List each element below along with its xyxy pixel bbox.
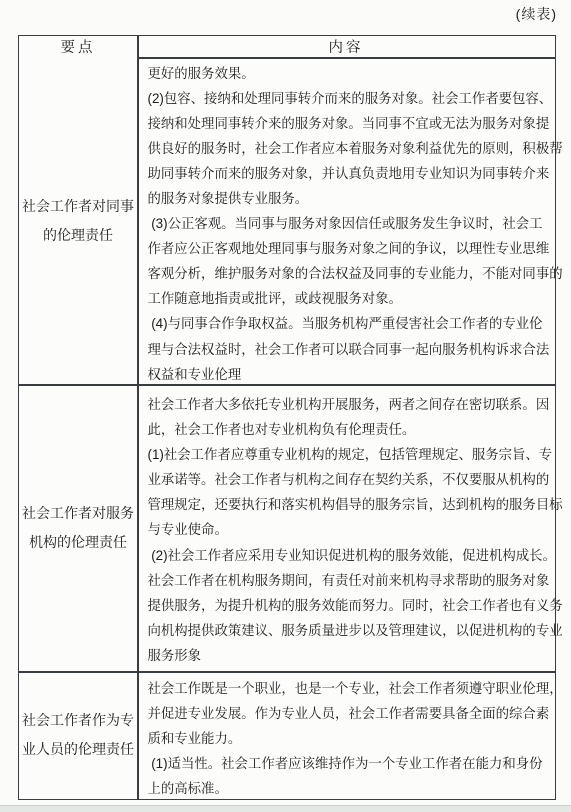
header-content: 内容 <box>138 36 554 57</box>
row-content-service-agency: 社会工作者大多依托专业机构开展服务，两者之间存在密切联系。因 此，社会工作者也对… <box>139 390 555 668</box>
row-key-colleagues: 社会工作者对同事 的伦理责任 <box>19 57 137 384</box>
header-key-points: 要点 <box>19 36 137 57</box>
row-key-professional: 社会工作者作为专 业人员的伦理责任 <box>19 671 137 798</box>
continued-table-note: (续表) <box>516 4 557 24</box>
page-bottom-strip <box>0 805 571 812</box>
row-content-professional: 社会工作既是一个职业，也是一个专业，社会工作者须遵守职业伦理， 并促进专业发展。… <box>139 674 555 801</box>
row-content-colleagues: 更好的服务效果。 (2)包容、接纳和处理同事转介而来的服务对象。社会工作者要包容… <box>139 59 555 387</box>
row-key-service-agency: 社会工作者对服务 机构的伦理责任 <box>19 384 137 671</box>
ethics-responsibility-table: 要点 内容 社会工作者对同事 的伦理责任 更好的服务效果。 (2)包容、接纳和处… <box>18 35 556 800</box>
scanned-page: { "page": { "continued_note": "(续表)" }, … <box>0 0 571 812</box>
